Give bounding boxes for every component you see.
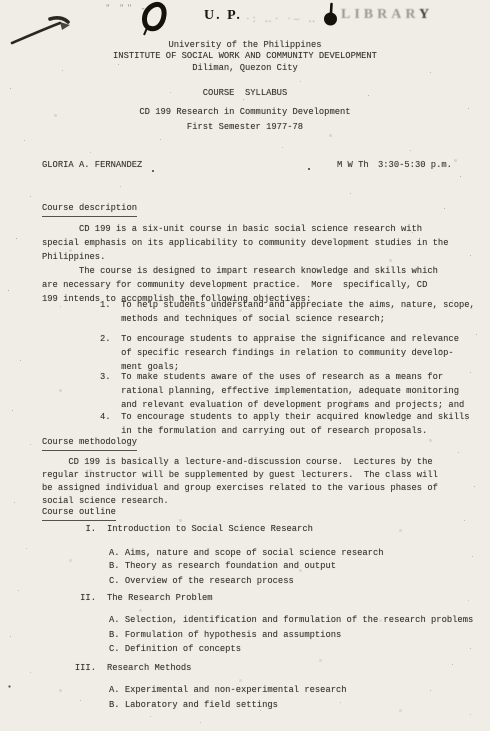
methodology-heading: Course methodology — [42, 437, 137, 451]
course-title: CD 199 Research in Community Development — [0, 107, 490, 118]
schedule-time: 3:30-5:30 p.m. — [378, 160, 452, 171]
outline-title: The Research Problem — [107, 593, 213, 604]
ink-drop-icon — [320, 2, 342, 32]
outline-item-1: I. Introduction to Social Science Resear… — [74, 524, 313, 535]
outline-item-2: II. The Research Problem — [74, 593, 213, 604]
instructor-name: GLORIA A. FERNANDEZ — [42, 160, 142, 171]
objective-item-4: 4. To encourage students to apply their … — [100, 410, 470, 438]
objective-item-1: 1. To help students understand and appre… — [100, 298, 475, 326]
stamp-word-tail: Y — [419, 7, 433, 22]
stamp-org-abbrev: U. P. — [204, 10, 242, 21]
section-methodology: Course methodology — [42, 437, 137, 451]
objective-item-2: 2. To encourage students to appraise the… — [100, 332, 459, 375]
address-line: Diliman, Quezon City — [0, 63, 490, 74]
outline-subitem: B. Laboratory and field settings — [109, 700, 278, 711]
stamp-smudge-text: ·: ‥· ·– ‥ — [246, 14, 318, 25]
university-name: University of the Philippines — [0, 40, 490, 51]
stamp-word-library: LIBRARY — [341, 9, 433, 20]
objective-item-3: 3. To make students aware of the uses of… — [100, 370, 464, 413]
outline-item-3: III. Research Methods — [74, 663, 191, 674]
outline-subitem: C. Definition of concepts — [109, 644, 241, 655]
scanned-syllabus-page: " "" - U. P. ·: ‥· ·– ‥ LIBRARY Universi… — [0, 0, 490, 731]
stamp-word-faded: LIBRAR — [341, 7, 419, 22]
outline-numeral: II. — [74, 593, 96, 604]
section-outline: Course outline — [42, 507, 116, 521]
outline-subitem: A. Aims, nature and scope of social scie… — [109, 548, 384, 559]
outline-subitem: C. Overview of the research process — [109, 576, 294, 587]
outline-numeral: I. — [74, 524, 96, 535]
outline-heading: Course outline — [42, 507, 116, 521]
section-description: Course description — [42, 203, 137, 217]
outline-subitem: B. Formulation of hypothesis and assumpt… — [109, 630, 341, 641]
schedule-days: M W Th — [337, 160, 369, 171]
outline-subitem: A. Experimental and non-experimental res… — [109, 685, 347, 696]
description-paragraph-1: CD 199 is a six-unit course in basic soc… — [42, 222, 448, 264]
scan-noise-blotches — [0, 0, 1, 1]
doc-type-title: COURSE SYLLABUS — [0, 88, 490, 99]
ink-dot — [308, 168, 310, 170]
outline-subitem: B. Theory as research foundation and out… — [109, 561, 336, 572]
outline-numeral: III. — [74, 663, 96, 674]
description-heading: Course description — [42, 203, 137, 217]
institute-name: INSTITUTE OF SOCIAL WORK AND COMMUNITY D… — [0, 51, 490, 62]
outline-title: Research Methods — [107, 663, 191, 674]
letterhead: University of the Philippines INSTITUTE … — [0, 40, 490, 74]
semester-line: First Semester 1977-78 — [0, 122, 490, 133]
outline-title: Introduction to Social Science Research — [107, 524, 313, 535]
methodology-paragraph: CD 199 is basically a lecture-and-discus… — [42, 456, 438, 508]
ink-blot-icon — [138, 1, 170, 37]
outline-subitem: A. Selection, identification and formula… — [109, 615, 473, 626]
ink-dot — [152, 170, 154, 172]
